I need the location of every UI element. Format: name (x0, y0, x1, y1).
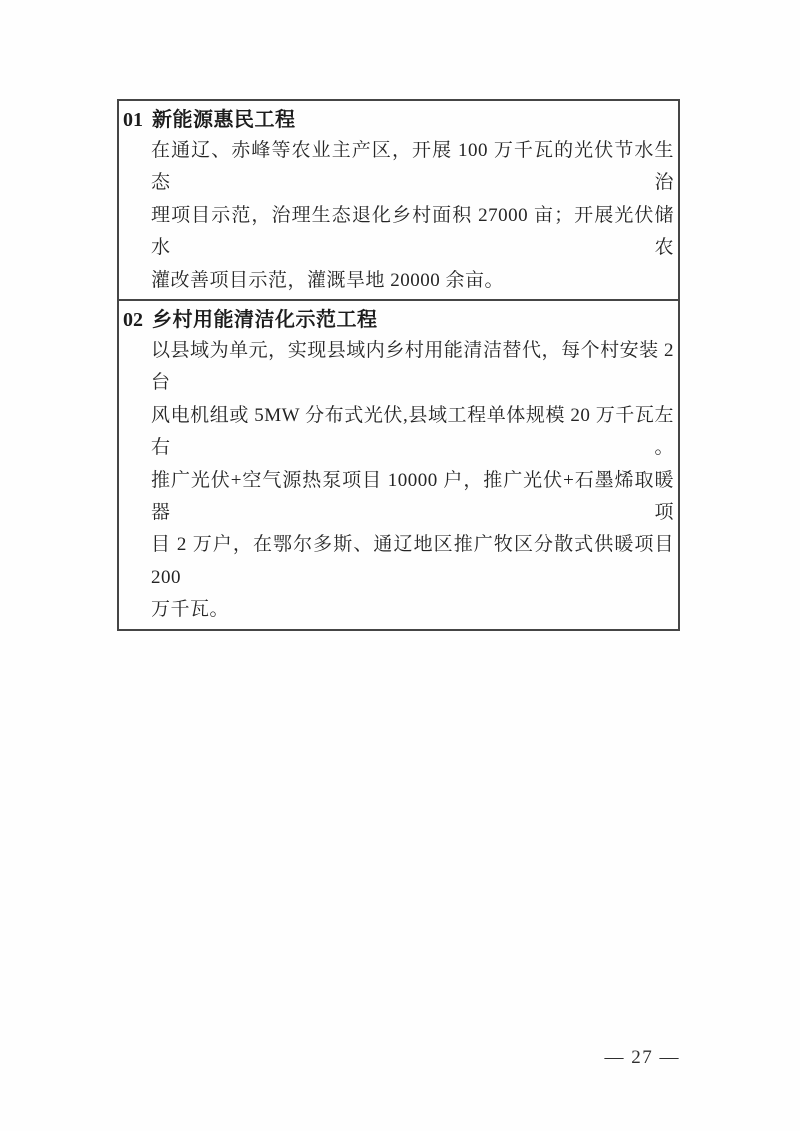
section-header: 02 乡村用能清洁化示范工程 (122, 305, 675, 335)
body-line: 万千瓦。 (151, 594, 674, 626)
body-line: 在通辽、赤峰等农业主产区，开展 100 万千瓦的光伏节水生态治 (151, 135, 674, 200)
body-line: 目 2 万户，在鄂尔多斯、通辽地区推广牧区分散式供暖项目 200 (151, 529, 674, 594)
section-number: 02 (122, 305, 152, 335)
project-section-01: 01 新能源惠民工程 在通辽、赤峰等农业主产区，开展 100 万千瓦的光伏节水生… (119, 101, 678, 301)
section-body: 以县域为单元，实现县域内乡村用能清洁替代，每个村安装 2 台 风电机组或 5MW… (151, 335, 674, 627)
body-line: 推广光伏+空气源热泵项目 10000 户，推广光伏+石墨烯取暖器项 (151, 465, 674, 530)
body-line: 灌改善项目示范，灌溉旱地 20000 余亩。 (151, 265, 674, 297)
page-number: — 27 — (605, 1046, 681, 1070)
section-title: 乡村用能清洁化示范工程 (152, 305, 378, 335)
projects-table: 01 新能源惠民工程 在通辽、赤峰等农业主产区，开展 100 万千瓦的光伏节水生… (117, 99, 680, 631)
body-line: 理项目示范，治理生态退化乡村面积 27000 亩；开展光伏储水农 (151, 200, 674, 265)
document-page: 01 新能源惠民工程 在通辽、赤峰等农业主产区，开展 100 万千瓦的光伏节水生… (0, 0, 800, 1131)
project-section-02: 02 乡村用能清洁化示范工程 以县域为单元，实现县域内乡村用能清洁替代，每个村安… (119, 301, 678, 629)
body-line: 以县域为单元，实现县域内乡村用能清洁替代，每个村安装 2 台 (151, 335, 674, 400)
section-body: 在通辽、赤峰等农业主产区，开展 100 万千瓦的光伏节水生态治 理项目示范，治理… (151, 135, 674, 297)
section-header: 01 新能源惠民工程 (122, 105, 675, 135)
section-title: 新能源惠民工程 (152, 105, 296, 135)
body-line: 风电机组或 5MW 分布式光伏,县域工程单体规模 20 万千瓦左右。 (151, 400, 674, 465)
section-number: 01 (122, 105, 152, 135)
